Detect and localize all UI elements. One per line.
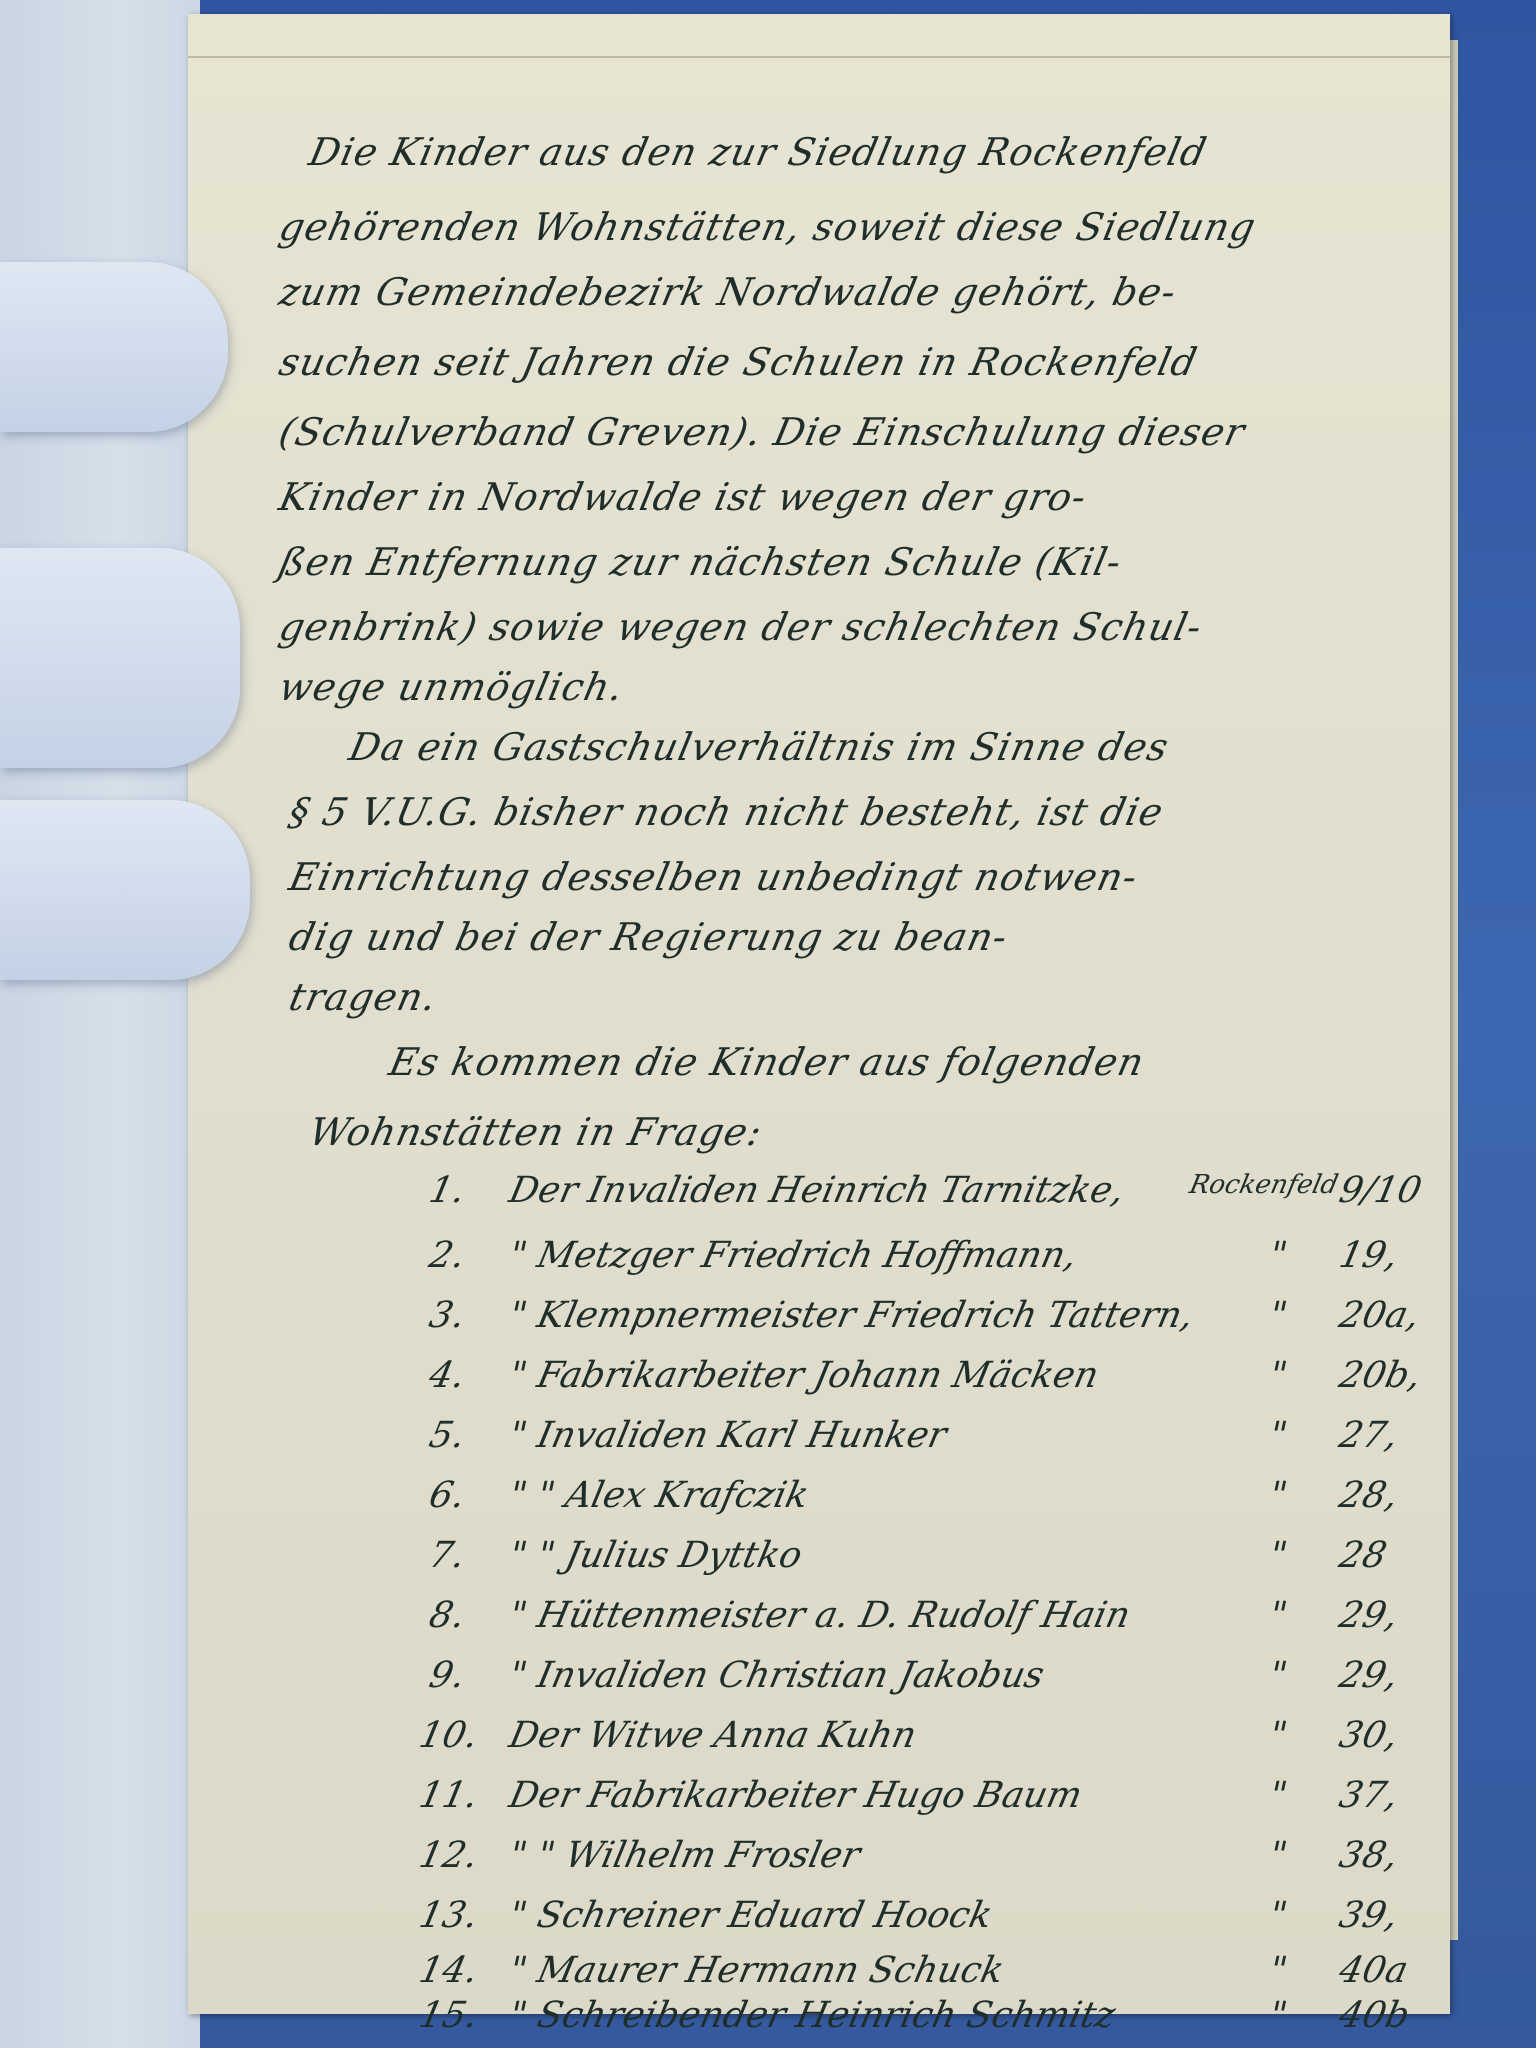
list-house-number: 20b, [1336,1355,1425,1396]
list-item: 4. " Fabrikarbeiter Johann Mäcken " 20b, [190,1355,1430,1415]
list-number: 8. [426,1595,469,1636]
list-place: " [1266,1535,1291,1576]
list-house-number: 38, [1336,1835,1402,1876]
list-item: 5. " Invaliden Karl Hunker " 27, [190,1415,1430,1475]
list-place: " [1266,1895,1291,1936]
list-number: 15. [416,1995,482,2035]
list-item: 10. Der Witwe Anna Kuhn " 30, [190,1715,1430,1775]
gloved-finger [0,800,250,980]
gloved-finger [0,548,240,768]
list-house-number: 39, [1336,1895,1402,1936]
text-line: Wohnstätten in Frage: [305,1110,766,1154]
list-entry: Der Fabrikarbeiter Hugo Baum [506,1775,1086,1816]
list-item: 11. Der Fabrikarbeiter Hugo Baum " 37, [190,1775,1430,1835]
list-entry: " Schreibender Heinrich Schmitz [506,1995,1119,2035]
text-line: § 5 V.U.G. bisher noch nicht besteht, is… [285,790,1167,834]
list-place: " [1266,1835,1291,1876]
list-number: 12. [416,1835,482,1876]
list-item: 15. " Schreibender Heinrich Schmitz " 40… [190,1995,1430,2035]
list-entry: " " Alex Krafczik [506,1475,813,1516]
list-entry: " Invaliden Christian Jakobus [506,1655,1048,1696]
list-place: " [1266,1475,1291,1516]
text-line: (Schulverband Greven). Die Einschulung d… [275,410,1249,454]
text-line: genbrink) sowie wegen der schlechten Sch… [275,605,1206,649]
list-entry: " Klempnermeister Friedrich Tattern, [506,1295,1197,1336]
list-house-number: 37, [1336,1775,1402,1816]
text-line: Da ein Gastschulverhältnis im Sinne des [345,725,1173,769]
list-number: 5. [426,1415,469,1456]
list-place: " [1266,1415,1291,1456]
list-entry: " Metzger Friedrich Hoffmann, [506,1235,1081,1276]
list-house-number: 40b [1336,1995,1414,2035]
list-place: " [1266,1595,1291,1636]
list-number: 11. [416,1775,482,1816]
list-number: 10. [416,1715,482,1756]
list-entry: " Hüttenmeister a. D. Rudolf Hain [506,1595,1134,1636]
text-line: suchen seit Jahren die Schulen in Rocken… [275,340,1201,384]
text-line: Einrichtung desselben unbedingt notwen- [285,855,1142,899]
handwritten-text: Die Kinder aus den zur Siedlung Rockenfe… [190,0,1450,2048]
list-place: " [1266,1655,1291,1696]
list-house-number: 19, [1336,1235,1402,1276]
list-place: " [1266,1295,1291,1336]
list-item: 6. " " Alex Krafczik " 28, [190,1475,1430,1535]
list-number: 9. [426,1655,469,1696]
list-entry: " Fabrikarbeiter Johann Mäcken [506,1355,1103,1396]
list-number: 4. [426,1355,469,1396]
list-place: " [1266,1355,1291,1396]
list-house-number: 30, [1336,1715,1402,1756]
list-item: 9. " Invaliden Christian Jakobus " 29, [190,1655,1430,1715]
list-item: 1. Der Invaliden Heinrich Tarnitzke, Roc… [190,1170,1430,1230]
list-item: 7. " " Julius Dyttko " 28 [190,1535,1430,1595]
gloved-finger [0,262,228,432]
list-item: 8. " Hüttenmeister a. D. Rudolf Hain " 2… [190,1595,1430,1655]
list-house-number: 28 [1336,1535,1391,1576]
list-place: " [1266,1235,1291,1276]
list-house-number: 9/10 [1336,1170,1426,1211]
list-entry: " Maurer Hermann Schuck [506,1950,1008,1991]
list-entry: " Invaliden Karl Hunker [506,1415,951,1456]
list-place: " [1266,1950,1291,1991]
text-line: wege unmöglich. [275,665,628,709]
list-house-number: 20a, [1336,1295,1423,1336]
text-line: zum Gemeindebezirk Nordwalde gehört, be- [275,270,1180,314]
list-house-number: 40a [1336,1950,1412,1991]
list-number: 1. [426,1170,469,1211]
text-line: gehörenden Wohnstätten, soweit diese Sie… [275,205,1260,249]
list-number: 3. [426,1295,469,1336]
text-line: tragen. [285,975,441,1019]
list-item: 13. " Schreiner Eduard Hoock " 39, [190,1895,1430,1955]
list-place: " [1266,1775,1291,1816]
list-house-number: 27, [1336,1415,1402,1456]
list-entry: " " Wilhelm Frosler [506,1835,864,1876]
list-item: 3. " Klempnermeister Friedrich Tattern, … [190,1295,1430,1355]
list-number: 14. [416,1950,482,1991]
list-entry: Der Invaliden Heinrich Tarnitzke, [506,1170,1128,1211]
list-place: " [1266,1715,1291,1756]
list-number: 6. [426,1475,469,1516]
text-line: ßen Entfernung zur nächsten Schule (Kil- [275,540,1126,584]
list-house-number: 28, [1336,1475,1402,1516]
list-entry: " " Julius Dyttko [506,1535,806,1576]
list-house-number: 29, [1336,1655,1402,1696]
text-line: Es kommen die Kinder aus folgenden [385,1040,1148,1084]
text-line: Die Kinder aus den zur Siedlung Rockenfe… [305,130,1211,174]
list-number: 2. [426,1235,469,1276]
list-house-number: 29, [1336,1595,1402,1636]
list-item: 12. " " Wilhelm Frosler " 38, [190,1835,1430,1895]
list-entry: Der Witwe Anna Kuhn [506,1715,920,1756]
list-entry: " Schreiner Eduard Hoock [506,1895,996,1936]
list-place: Rockenfeld [1187,1170,1341,1200]
list-place: " [1266,1995,1291,2035]
list-number: 13. [416,1895,482,1936]
text-line: Kinder in Nordwalde ist wegen der gro- [275,475,1091,519]
text-line: dig und bei der Regierung zu bean- [285,915,1012,959]
list-number: 7. [426,1535,469,1576]
list-item: 2. " Metzger Friedrich Hoffmann, " 19, [190,1235,1430,1295]
